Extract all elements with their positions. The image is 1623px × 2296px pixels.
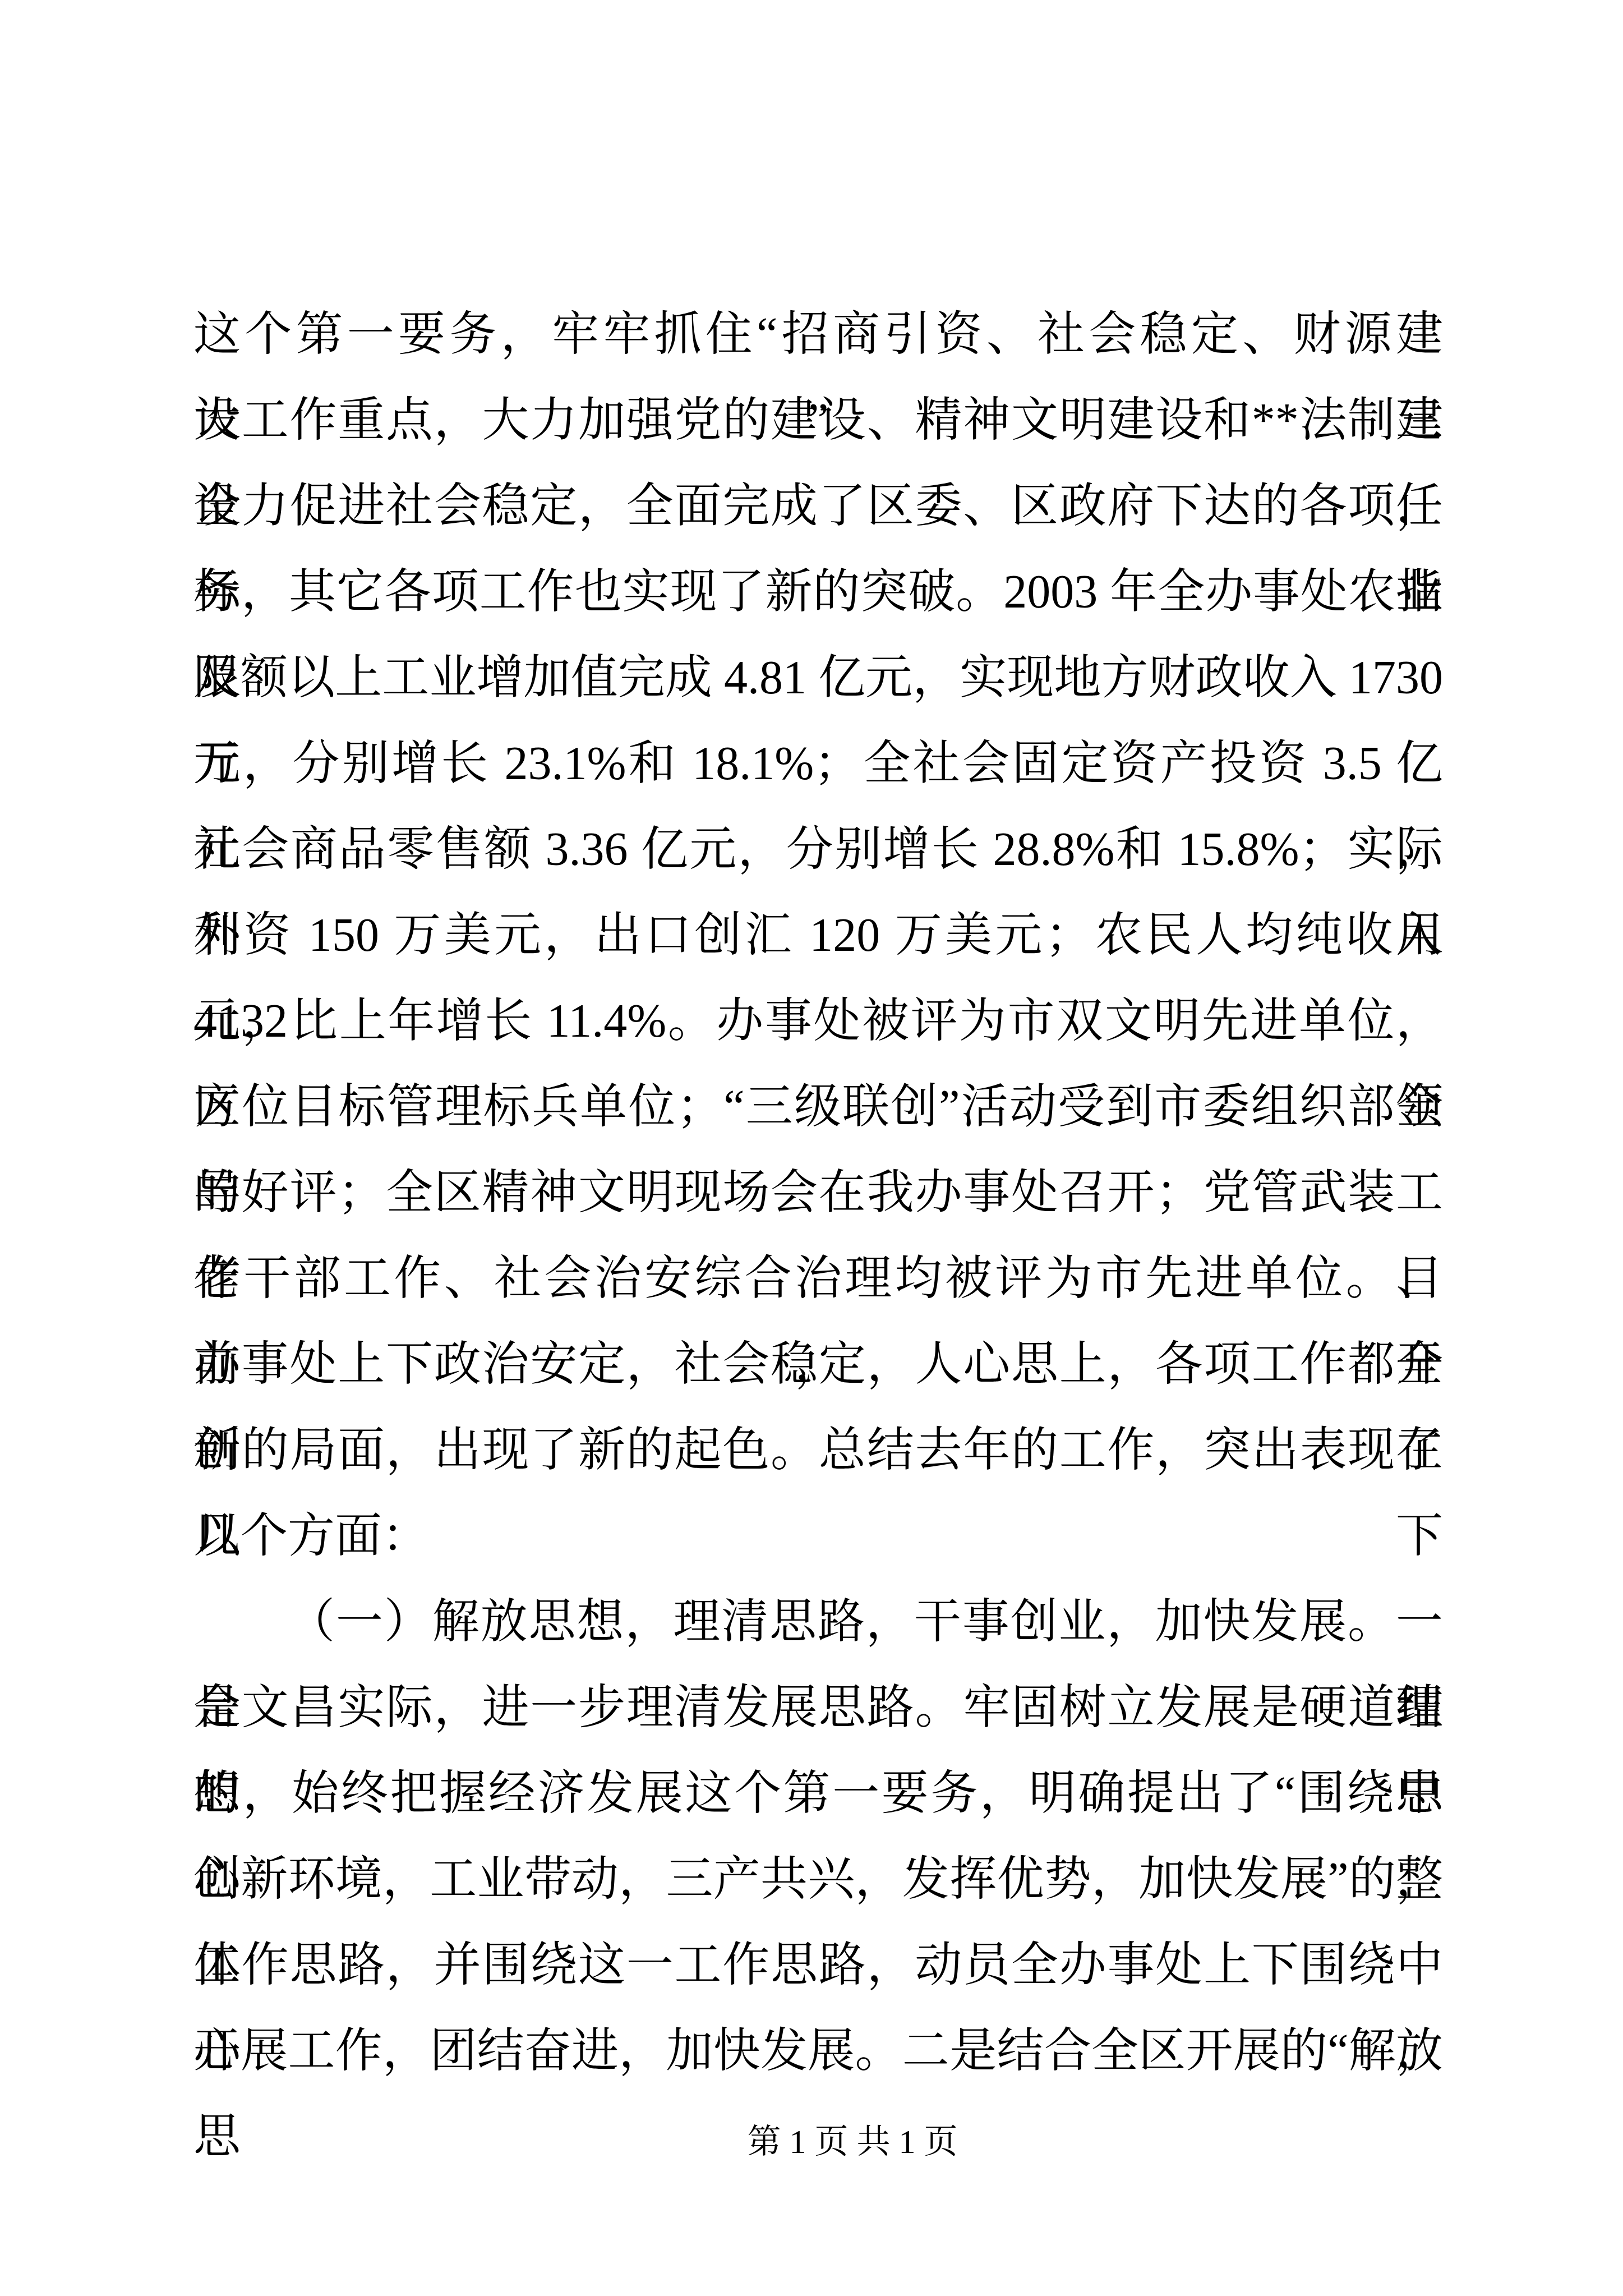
text-line: 外资 150 万美元，出口创汇 120 万美元；农民人均纯收入 4132	[193, 892, 1443, 978]
text-line: 合文昌实际，进一步理清发展思路。牢固树立发展是硬道理的思	[193, 1665, 1443, 1751]
text-line: 开展工作，团结奋进，加快发展。二是结合全区开展的“解放思	[193, 2008, 1443, 2094]
text-line: 方位目标管理标兵单位；“三级联创”活动受到市委组织部领导	[193, 1064, 1443, 1150]
text-line: 新的局面，出现了新的起色。总结去年的工作，突出表现在以下	[193, 1407, 1443, 1493]
text-line: 全力促进社会稳定，全面完成了区委、区政府下达的各项任务指	[193, 463, 1443, 549]
text-line: 老干部工作、社会治安综合治理均被评为市先进单位。目前，全	[193, 1236, 1443, 1322]
text-line: 的好评；全区精神文明现场会在我办事处召开；党管武装工作、	[193, 1150, 1443, 1236]
text-line: 大工作重点，大力加强党的建设、精神文明建设和**法制建设，	[193, 378, 1443, 463]
document-page: 这个第一要务，牢牢抓住“招商引资、社会稳定、财源建设”三 大工作重点，大力加强党…	[0, 0, 1623, 2296]
text-line: 想，始终把握经济发展这个第一要务，明确提出了“围绕中心，	[193, 1751, 1443, 1837]
text-line: （一）解放思想，理清思路，干事创业，加快发展。一是结	[193, 1579, 1443, 1665]
text-line: 元，分别增长 23.1%和 18.1%；全社会固定资产投资 3.5 亿元，	[193, 721, 1443, 807]
text-line: 限额以上工业增加值完成 4.81 亿元，实现地方财政收入 1730 万	[193, 635, 1443, 721]
page-footer: 第 1 页 共 1 页	[41, 2119, 1623, 2164]
text-line: 元，比上年增长 11.4%。办事处被评为市双文明先进单位，区全	[193, 978, 1443, 1064]
text-line: 创新环境，工业带动，三产共兴，发挥优势，加快发展”的整体	[193, 1837, 1443, 1922]
text-line: 工作思路，并围绕这一工作思路，动员全办事处上下围绕中心，	[193, 1922, 1443, 2008]
text-line: 社会商品零售额 3.36 亿元，分别增长 28.8%和 15.8%；实际利用	[193, 807, 1443, 892]
text-line: 办事处上下政治安定，社会稳定，人心思上，各项工作都开创了	[193, 1322, 1443, 1407]
document-body: 这个第一要务，牢牢抓住“招商引资、社会稳定、财源建设”三 大工作重点，大力加强党…	[193, 292, 1443, 2094]
text-line: 这个第一要务，牢牢抓住“招商引资、社会稳定、财源建设”三	[193, 292, 1443, 378]
text-line: 标，其它各项工作也实现了新的突破。2003 年全办事处农业及	[193, 549, 1443, 635]
